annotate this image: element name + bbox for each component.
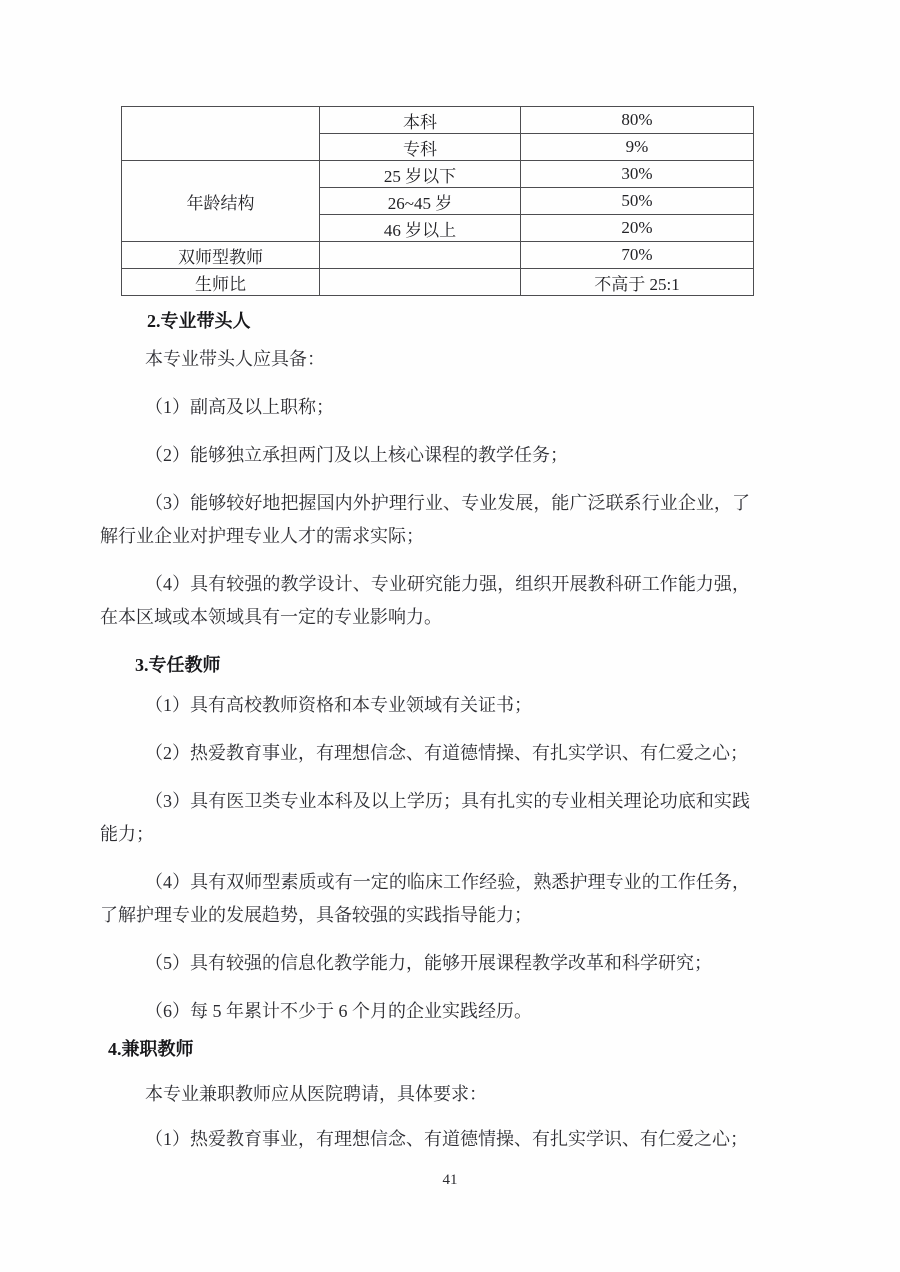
table-cell-label: 本科	[320, 107, 521, 134]
text-line: 在本区域或本领域具有一定的专业影响力。	[100, 601, 750, 634]
paragraph: （1）副高及以上职称；	[100, 391, 750, 424]
text-line: （4）具有双师型素质或有一定的临床工作经验，熟悉护理专业的工作任务，	[100, 866, 750, 899]
text-line: 了解护理专业的发展趋势，具备较强的实践指导能力；	[100, 899, 750, 932]
table-cell-value: 80%	[521, 107, 754, 134]
text-line: （3）具有医卫类专业本科及以上学历；具有扎实的专业相关理论功底和实践	[100, 785, 750, 818]
document-page: 本科 80% 专科 9% 年龄结构 25 岁以下 30% 26~45 岁 50%…	[0, 0, 900, 1272]
document-body: 2.专业带头人 本专业带头人应具备： （1）副高及以上职称； （2）能够独立承担…	[100, 305, 750, 1156]
paragraph: （3）具有医卫类专业本科及以上学历；具有扎实的专业相关理论功底和实践 能力；	[100, 785, 750, 851]
table-cell-value: 30%	[521, 161, 754, 188]
text-line: （4）具有较强的教学设计、专业研究能力强，组织开展教科研工作能力强，	[100, 568, 750, 601]
section-heading-2: 2.专业带头人	[100, 305, 750, 338]
page-number: 41	[0, 1172, 900, 1189]
paragraph: 本专业带头人应具备：	[100, 343, 750, 376]
table-row: 双师型教师 70%	[122, 242, 754, 269]
text-line: 本专业兼职教师应从医院聘请，具体要求：	[100, 1078, 750, 1111]
table-cell-category	[122, 107, 320, 161]
text-line: （1）热爱教育事业，有理想信念、有道德情操、有扎实学识、有仁爱之心；	[100, 1123, 750, 1156]
paragraph: （5）具有较强的信息化教学能力，能够开展课程教学改革和科学研究；	[100, 947, 750, 980]
text-line: （2）热爱教育事业，有理想信念、有道德情操、有扎实学识、有仁爱之心；	[100, 737, 750, 770]
text-line: （1）具有高校教师资格和本专业领域有关证书；	[100, 689, 750, 722]
paragraph: 本专业兼职教师应从医院聘请，具体要求：	[100, 1078, 750, 1111]
table-cell-category: 生师比	[122, 269, 320, 296]
table-cell-label: 26~45 岁	[320, 188, 521, 215]
paragraph: （1）热爱教育事业，有理想信念、有道德情操、有扎实学识、有仁爱之心；	[100, 1123, 750, 1156]
text-line: （6）每 5 年累计不少于 6 个月的企业实践经历。	[100, 995, 750, 1028]
section-heading-4: 4.兼职教师	[100, 1033, 750, 1066]
table-row: 年龄结构 25 岁以下 30%	[122, 161, 754, 188]
table-cell-value: 70%	[521, 242, 754, 269]
table-cell-value: 不高于 25:1	[521, 269, 754, 296]
paragraph: （4）具有双师型素质或有一定的临床工作经验，熟悉护理专业的工作任务， 了解护理专…	[100, 866, 750, 932]
text-line: 能力；	[100, 818, 750, 851]
heading-text: 3.专任教师	[135, 649, 750, 682]
table-cell-value: 50%	[521, 188, 754, 215]
text-line: （2）能够独立承担两门及以上核心课程的教学任务；	[100, 439, 750, 472]
table-row: 本科 80%	[122, 107, 754, 134]
paragraph: （6）每 5 年累计不少于 6 个月的企业实践经历。	[100, 995, 750, 1028]
table-cell-label: 25 岁以下	[320, 161, 521, 188]
paragraph: （4）具有较强的教学设计、专业研究能力强，组织开展教科研工作能力强， 在本区域或…	[100, 568, 750, 634]
text-line: （5）具有较强的信息化教学能力，能够开展课程教学改革和科学研究；	[100, 947, 750, 980]
table-cell-label: 专科	[320, 134, 521, 161]
table-cell-label	[320, 242, 521, 269]
paragraph: （2）热爱教育事业，有理想信念、有道德情操、有扎实学识、有仁爱之心；	[100, 737, 750, 770]
table-cell-category: 年龄结构	[122, 161, 320, 242]
table-cell-value: 20%	[521, 215, 754, 242]
paragraph: （1）具有高校教师资格和本专业领域有关证书；	[100, 689, 750, 722]
text-line: 解行业企业对护理专业人才的需求实际；	[100, 520, 750, 553]
table-cell-value: 9%	[521, 134, 754, 161]
table-cell-label	[320, 269, 521, 296]
heading-text: 2.专业带头人	[147, 305, 750, 338]
table-cell-label: 46 岁以上	[320, 215, 521, 242]
paragraph: （3）能够较好地把握国内外护理行业、专业发展，能广泛联系行业企业，了 解行业企业…	[100, 487, 750, 553]
heading-text: 4.兼职教师	[108, 1033, 750, 1066]
section-heading-3: 3.专任教师	[100, 649, 750, 682]
faculty-structure-table: 本科 80% 专科 9% 年龄结构 25 岁以下 30% 26~45 岁 50%…	[121, 106, 754, 296]
paragraph: （2）能够独立承担两门及以上核心课程的教学任务；	[100, 439, 750, 472]
table-cell-category: 双师型教师	[122, 242, 320, 269]
text-line: 本专业带头人应具备：	[100, 343, 750, 376]
text-line: （3）能够较好地把握国内外护理行业、专业发展，能广泛联系行业企业，了	[100, 487, 750, 520]
table-row: 生师比 不高于 25:1	[122, 269, 754, 296]
text-line: （1）副高及以上职称；	[100, 391, 750, 424]
